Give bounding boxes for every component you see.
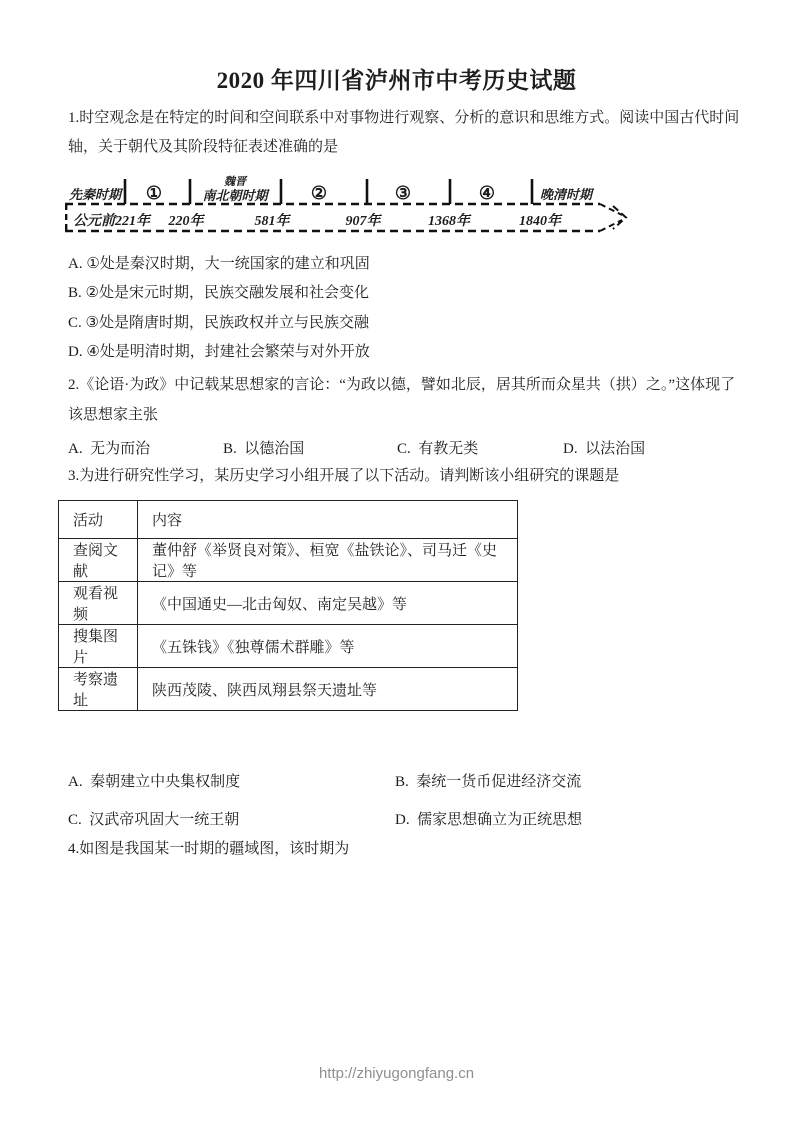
q3-option-a: A. 秦朝建立中央集权制度 bbox=[68, 772, 240, 792]
table-header-row: 活动 内容 bbox=[59, 501, 518, 539]
q1-option-d: D. ④处是明清时期，封建社会繁荣与对外开放 bbox=[68, 338, 744, 367]
content-cell: 陕西茂陵、陕西凤翔县祭天遗址等 bbox=[138, 668, 518, 711]
page-title: 2020 年四川省泸州市中考历史试题 bbox=[0, 62, 793, 95]
q2-option-a: A. 无为而治 bbox=[68, 437, 150, 458]
timeline-marker-3: ③ bbox=[395, 183, 411, 204]
question-2-stem: 2.《论语·为政》中记载某思想家的言论：“为政以德，譬如北辰，居其所而众星共（拱… bbox=[68, 370, 744, 430]
activity-table: 活动 内容 查阅文献 董仲舒《举贤良对策》、桓宽《盐铁论》、司马迁《史记》等 观… bbox=[58, 500, 518, 711]
activity-cell: 搜集图片 bbox=[59, 625, 138, 668]
table-header-activity: 活动 bbox=[59, 501, 138, 539]
timeline-marker-4: ④ bbox=[479, 183, 495, 204]
exam-page: 2020 年四川省泸州市中考历史试题 1.时空观念是在特定的时间和空间联系中对事… bbox=[0, 0, 793, 1122]
q1-option-a: A. ①处是秦汉时期，大一统国家的建立和巩固 bbox=[68, 250, 744, 279]
timeline-marker-1: ① bbox=[146, 183, 162, 204]
question-3-stem: 3.为进行研究性学习，某历史学习小组开展了以下活动。请判断该小组研究的课题是 bbox=[68, 466, 744, 486]
dynasty-timeline-diagram: 先秦时期 ① 魏晋 南北朝时期 ② ③ ④ 晚清时期 公元前221年 220年 … bbox=[65, 168, 640, 242]
timeline-period-xianqin: 先秦时期 bbox=[69, 184, 121, 203]
q2-option-d: D. 以法治国 bbox=[563, 437, 645, 458]
table-row: 考察遗址 陕西茂陵、陕西凤翔县祭天遗址等 bbox=[59, 668, 518, 711]
table-row: 搜集图片 《五铢钱》《独尊儒术群雕》等 bbox=[59, 625, 518, 668]
footer-url-link[interactable]: http://zhiyugongfang.cn bbox=[319, 1065, 474, 1082]
q1-option-b: B. ②处是宋元时期，民族交融发展和社会变化 bbox=[68, 279, 744, 308]
content-cell: 《中国通史—北击匈奴、南定吴越》等 bbox=[138, 582, 518, 625]
timeline-year-907: 907年 bbox=[346, 210, 381, 230]
question-2-options: A. 无为而治 B. 以德治国 C. 有教无类 D. 以法治国 bbox=[68, 437, 748, 459]
timeline-period-weijin-bottom: 南北朝时期 bbox=[202, 188, 267, 203]
timeline-axis-graphic bbox=[65, 168, 640, 242]
content-cell: 董仲舒《举贤良对策》、桓宽《盐铁论》、司马迁《史记》等 bbox=[138, 539, 518, 582]
timeline-year-1368: 1368年 bbox=[428, 210, 470, 230]
timeline-year-581: 581年 bbox=[255, 210, 290, 230]
question-1-options: A. ①处是秦汉时期，大一统国家的建立和巩固 B. ②处是宋元时期，民族交融发展… bbox=[68, 250, 744, 367]
timeline-year-1840: 1840年 bbox=[519, 210, 561, 230]
activity-cell: 考察遗址 bbox=[59, 668, 138, 711]
table-row: 观看视频 《中国通史—北击匈奴、南定吴越》等 bbox=[59, 582, 518, 625]
q3-option-b: B. 秦统一货币促进经济交流 bbox=[395, 772, 581, 792]
timeline-marker-2: ② bbox=[311, 183, 327, 204]
timeline-year-bc221: 公元前221年 bbox=[73, 210, 150, 230]
table-row: 查阅文献 董仲舒《举贤良对策》、桓宽《盐铁论》、司马迁《史记》等 bbox=[59, 539, 518, 582]
q3-option-d: D. 儒家思想确立为正统思想 bbox=[395, 810, 582, 830]
timeline-year-220: 220年 bbox=[169, 210, 204, 230]
timeline-period-weijin-top: 魏晋 bbox=[202, 176, 267, 188]
question-4-stem: 4.如图是我国某一时期的疆域图，该时期为 bbox=[68, 839, 744, 859]
q2-option-c: C. 有教无类 bbox=[397, 437, 478, 458]
content-cell: 《五铢钱》《独尊儒术群雕》等 bbox=[138, 625, 518, 668]
question-1-stem: 1.时空观念是在特定的时间和空间联系中对事物进行观察、分析的意识和思维方式。阅读… bbox=[68, 104, 744, 162]
timeline-period-wanqing: 晚清时期 bbox=[540, 184, 592, 203]
activity-cell: 查阅文献 bbox=[59, 539, 138, 582]
activity-cell: 观看视频 bbox=[59, 582, 138, 625]
q2-option-b: B. 以德治国 bbox=[223, 437, 304, 458]
timeline-period-weijin-nanbeichao: 魏晋 南北朝时期 bbox=[202, 176, 267, 203]
table-header-content: 内容 bbox=[138, 501, 518, 539]
q1-option-c: C. ③处是隋唐时期，民族政权并立与民族交融 bbox=[68, 309, 744, 338]
footer: http://zhiyugongfang.cn bbox=[0, 1065, 793, 1082]
q3-option-c: C. 汉武帝巩固大一统王朝 bbox=[68, 810, 239, 830]
